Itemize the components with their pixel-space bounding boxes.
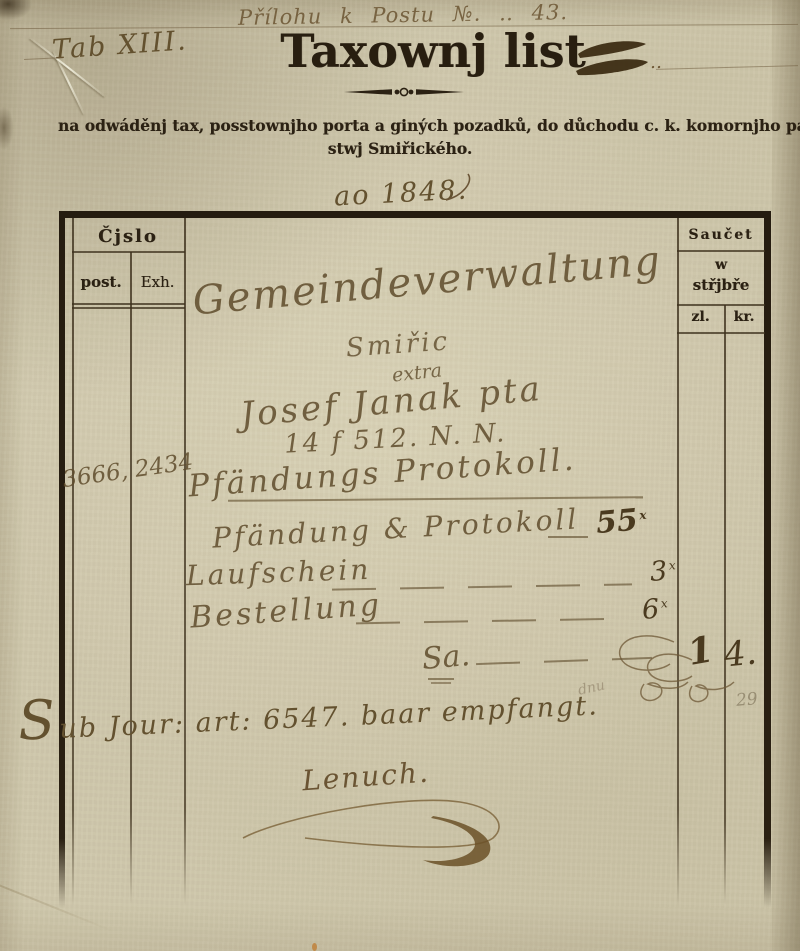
subtitle-line-1: na odwáděnj tax, posstownjho porta a gin…	[58, 116, 742, 135]
ink-dash-line	[548, 536, 588, 538]
column-header-kr: kr.	[724, 309, 764, 325]
kreuzer-mark: x	[639, 508, 647, 523]
sum-label: Sa.	[421, 638, 472, 677]
entry-amount-1: 55x	[595, 502, 649, 541]
column-header-exh: Exh.	[131, 273, 184, 291]
column-header-post: post.	[72, 273, 130, 291]
column-header-cjslo: Čjslo	[72, 226, 184, 247]
column-header-currency-silver: střjbře	[677, 276, 765, 294]
table-border-top	[59, 211, 771, 218]
entry-label-2: Laufschein	[185, 553, 371, 592]
column-header-zl: zl.	[677, 309, 724, 325]
entry-label-3: Bestellung	[189, 587, 383, 635]
ink-dash-line	[356, 618, 626, 624]
table-border-right	[764, 211, 771, 908]
ruled-line-right	[656, 65, 798, 70]
table-line-zl-kr	[724, 305, 726, 905]
amount-value: 55	[595, 503, 640, 542]
paper-stain-left-edge	[0, 106, 14, 150]
ink-scribble	[572, 38, 652, 80]
entry-amount-2: 3x	[649, 555, 677, 588]
paper-speck	[312, 943, 317, 951]
table-border-left	[59, 211, 65, 908]
table-line-under-postexh-a	[72, 303, 185, 305]
year-swash	[444, 172, 480, 204]
ornament-divider	[342, 84, 466, 100]
table-line-inner-left	[72, 218, 74, 906]
hw-addressee-line2: Smiřic	[345, 326, 451, 363]
amount-value: 3	[649, 556, 668, 588]
kreuzer-mark: x	[668, 558, 676, 572]
paper-crease	[0, 882, 114, 933]
hw-column-numbers: 3666, 2434	[61, 449, 195, 493]
document-title: Taxownj list	[278, 24, 588, 78]
paper-stain-top-left	[0, 0, 32, 20]
sum-underline-a	[428, 678, 454, 680]
table-line-under-saucet	[677, 250, 765, 252]
entry-label-1: Pfändung & Protokoll	[211, 502, 580, 554]
receipt-line: Sub Jour: art: 6547. baar empfangt.	[17, 681, 599, 746]
subtitle-line-2: stwj Smiřického.	[58, 139, 742, 158]
table-line-under-zlkr	[677, 332, 765, 334]
sum-amount-kr: 4.	[722, 632, 758, 675]
tab-label: Tab XIII.	[51, 25, 189, 65]
signature-flourish	[235, 786, 535, 874]
hw-addressee-line1: Gemeindeverwaltung	[191, 238, 664, 325]
table-line-under-postexh-b	[72, 307, 185, 309]
document-scan: Přílohu k Postu №. ‥ 43. Tab XIII. Taxow…	[0, 0, 800, 951]
paper-fold-right	[772, 0, 800, 951]
table-line-under-cjslo	[72, 251, 185, 253]
column-header-currency-w: w	[677, 257, 765, 273]
table-line-under-stribre	[677, 304, 765, 306]
amount-value: 6	[641, 594, 660, 626]
kreuzer-mark: x	[660, 596, 668, 610]
sum-underline-b	[431, 682, 451, 684]
table-line-post-exh	[130, 252, 132, 904]
entry-amount-3: 6x	[641, 593, 669, 626]
pencil-number: 29	[735, 689, 758, 711]
column-header-saucet: Saučet	[677, 227, 765, 243]
